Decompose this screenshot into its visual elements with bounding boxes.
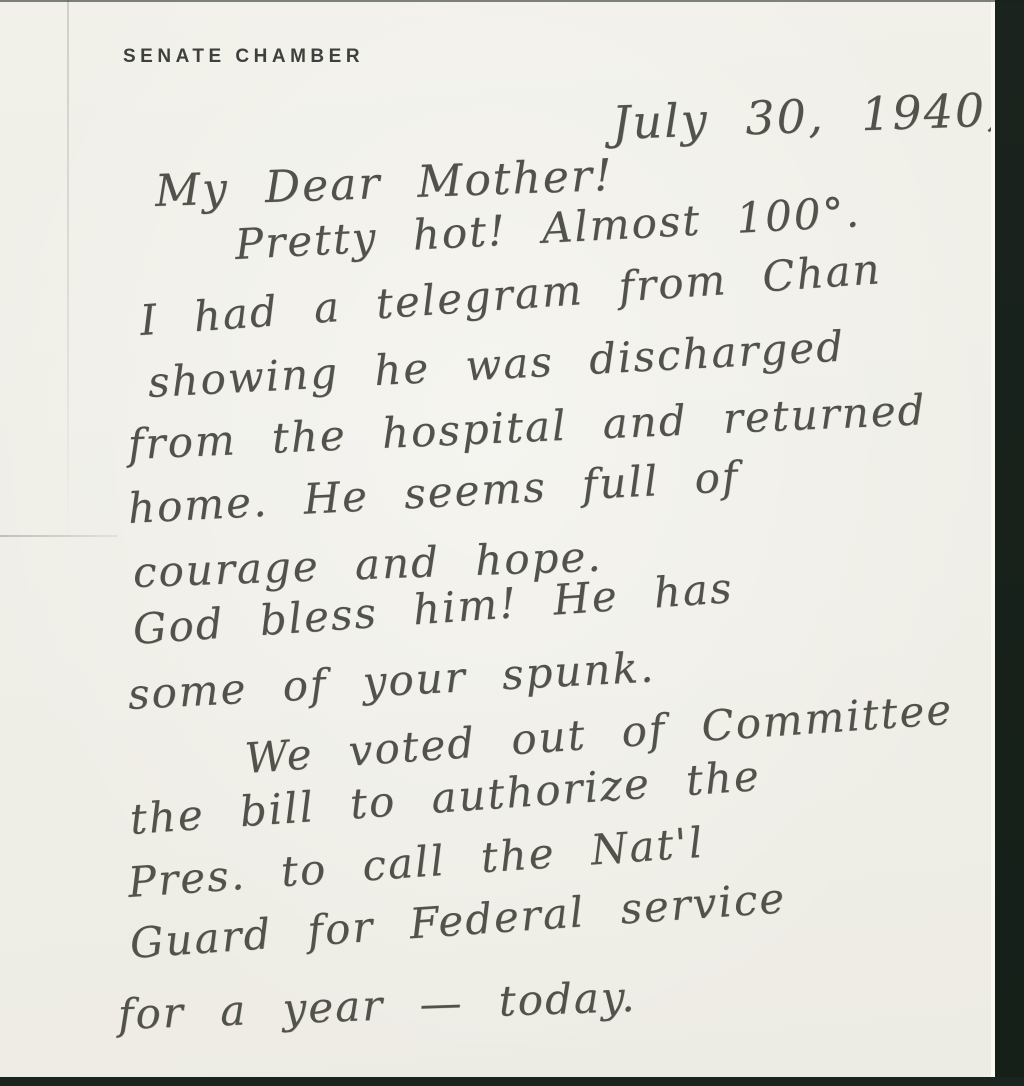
scan-background-right-edge xyxy=(995,0,1024,1086)
handwritten-line: home. He seems full of xyxy=(127,454,741,532)
letterhead-senate-chamber: SENATE CHAMBER xyxy=(123,46,364,68)
scan-background-bottom-edge xyxy=(0,1077,1024,1086)
scanned-letter-page: SENATE CHAMBER July 30, 1940, My Dear Mo… xyxy=(0,0,1024,1086)
date-line: July 30, 1940, xyxy=(611,82,1004,150)
vertical-fold-crease xyxy=(67,0,69,548)
scan-background-top-edge xyxy=(0,0,1024,2)
horizontal-fold-crease xyxy=(0,535,118,537)
handwritten-line: some of your spunk. xyxy=(127,644,657,718)
handwritten-line: for a year — today. xyxy=(117,974,637,1038)
